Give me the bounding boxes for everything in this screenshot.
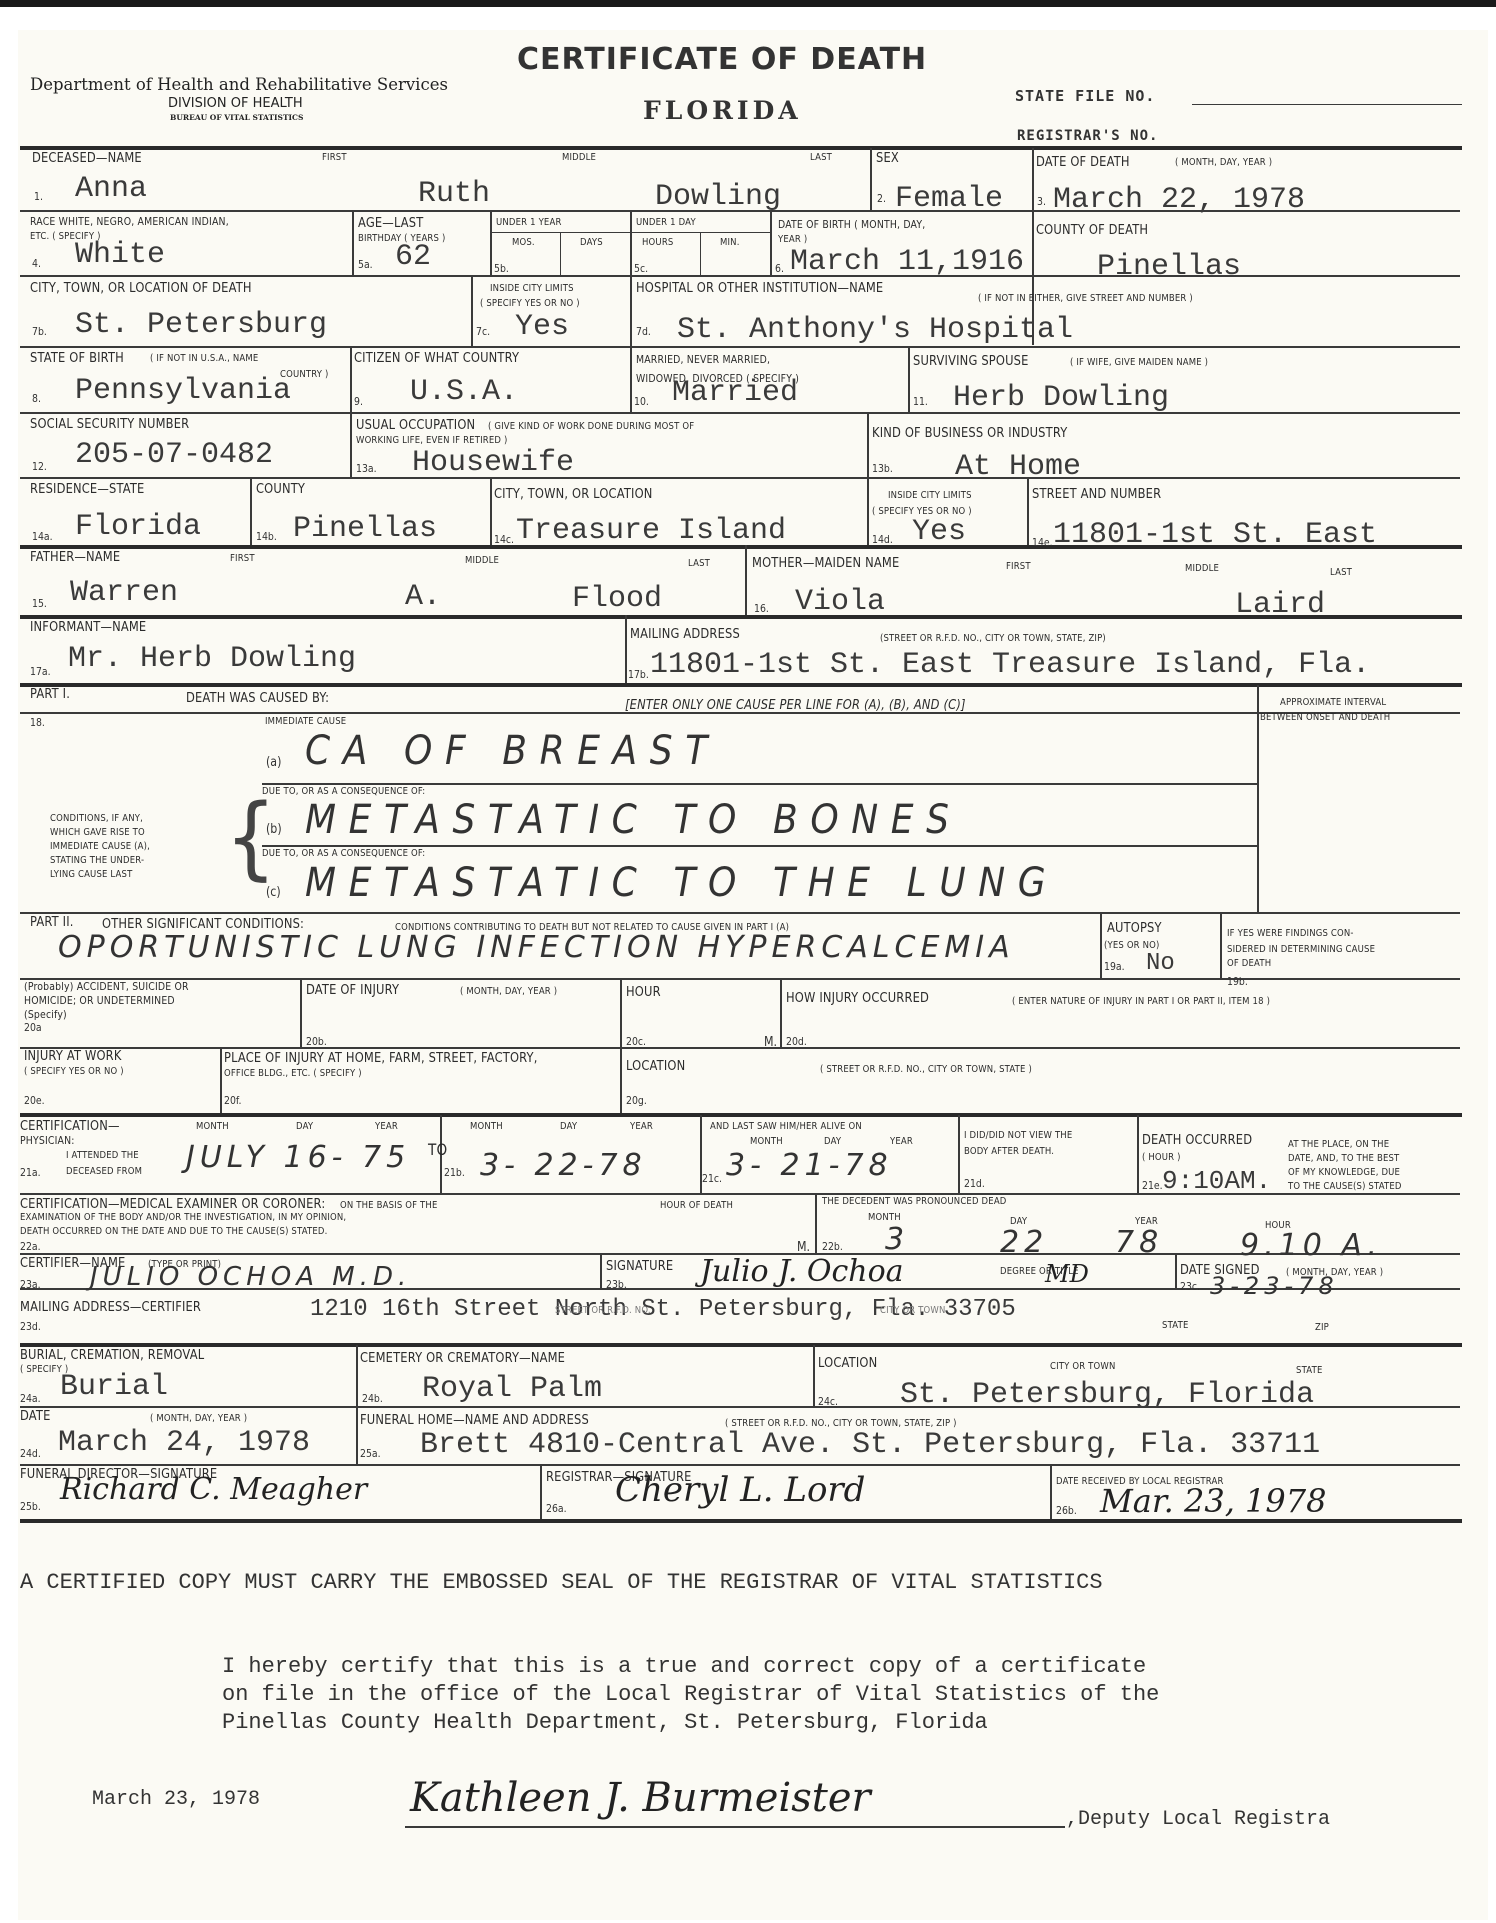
rule	[20, 912, 1460, 914]
rule	[770, 210, 772, 275]
label-date-injury: DATE OF INJURY	[306, 982, 399, 998]
item-number: 11.	[913, 395, 928, 408]
label-month: MONTH	[470, 1121, 503, 1132]
rule	[908, 346, 910, 412]
label-zip: ZIP	[1315, 1322, 1329, 1333]
item-number: 19a.	[1104, 960, 1125, 973]
label-attended: I ATTENDED THE	[66, 1150, 139, 1161]
label-marital: MARRIED, NEVER MARRIED,	[636, 353, 770, 366]
item-number: 1.	[34, 190, 43, 203]
label-day: DAY	[296, 1121, 313, 1132]
label-month: MONTH	[196, 1121, 229, 1132]
label-hint: ( HOUR )	[1142, 1152, 1181, 1163]
rule	[620, 978, 622, 1113]
pronounced-day-value: 22	[1000, 1225, 1048, 1260]
label-if-yes: IF YES WERE FINDINGS CON-	[1227, 928, 1354, 939]
marital-value: Married	[672, 376, 798, 410]
label-hint: ( GIVE KIND OF WORK DONE DURING MOST OF	[488, 421, 694, 432]
item-number: 16.	[754, 602, 769, 615]
rule	[20, 683, 1462, 687]
label-year: YEAR	[375, 1121, 398, 1132]
item-number: 10.	[634, 395, 649, 408]
rule	[492, 232, 770, 233]
rule	[262, 845, 1257, 847]
rule	[600, 1253, 602, 1288]
label-min: MIN.	[720, 237, 740, 248]
item-number: 23c.	[1180, 1280, 1200, 1293]
dob-value: March 11,1916	[790, 245, 1024, 279]
label-hour: HOUR	[626, 984, 661, 1000]
item-number: 3.	[1037, 195, 1046, 208]
label-mother: MOTHER—MAIDEN NAME	[752, 555, 899, 571]
cause-b-value: METASTATIC TO BONES	[305, 797, 962, 843]
item-number: 12.	[32, 460, 47, 473]
rule	[20, 1464, 1460, 1466]
rule	[1027, 477, 1029, 545]
cause-a-value: CA OF BREAST	[305, 728, 720, 774]
label-hint: ( SPECIFY YES OR NO )	[24, 1066, 124, 1077]
item-number: 7b.	[32, 325, 47, 338]
business-value: At Home	[955, 450, 1081, 484]
label-father: FATHER—NAME	[30, 549, 120, 565]
age-value: 62	[395, 240, 431, 274]
label-injury-work: INJURY AT WORK	[24, 1048, 122, 1064]
item-number: 20d.	[786, 1035, 807, 1048]
rule	[1050, 1466, 1052, 1519]
label-certification-physician: CERTIFICATION—	[20, 1118, 120, 1134]
item-number: 21a.	[20, 1166, 41, 1179]
brace-icon: {	[225, 785, 277, 890]
item-number: 14e.	[1032, 536, 1053, 549]
label-hint: ( MONTH, DAY, YEAR )	[1175, 157, 1272, 168]
label-hint: ( MONTH, DAY, YEAR )	[150, 1413, 247, 1424]
father-middle-value: A.	[405, 580, 441, 614]
rule	[540, 1466, 542, 1519]
certification-line: I hereby certify that this is a true and…	[222, 1653, 1159, 1681]
label-did-view: I DID/DID NOT VIEW THE	[964, 1130, 1072, 1141]
label-accident: HOMICIDE; OR UNDETERMINED	[24, 994, 175, 1007]
scan-edge	[0, 0, 1496, 7]
seal-notice: A CERTIFIED COPY MUST CARRY THE EMBOSSED…	[20, 1570, 1103, 1595]
item-number: 5b.	[494, 262, 509, 275]
label-month: MONTH	[750, 1136, 783, 1147]
item-number: (a)	[266, 755, 281, 770]
disposition-value: Burial	[60, 1370, 168, 1404]
label-day: DAY	[560, 1121, 577, 1132]
label-middle: MIDDLE	[1185, 563, 1219, 574]
label-middle: MIDDLE	[562, 152, 596, 163]
label-business: KIND OF BUSINESS OR INDUSTRY	[872, 425, 1067, 441]
label-dob-hint: YEAR )	[778, 234, 807, 245]
label-caused-by: DEATH WAS CAUSED BY:	[186, 690, 329, 706]
certification-date: March 23, 1978	[92, 1788, 260, 1811]
father-last-value: Flood	[572, 582, 662, 616]
label-first: FIRST	[1006, 561, 1031, 572]
label-cert-me: CERTIFICATION—MEDICAL EXAMINER OR CORONE…	[20, 1196, 325, 1212]
rule	[490, 210, 492, 275]
city-of-death-value: St. Petersburg	[75, 308, 327, 342]
bureau-name: BUREAU OF VITAL STATISTICS	[170, 113, 303, 122]
rule	[813, 1345, 815, 1406]
deceased-last-name: Dowling	[655, 180, 781, 214]
rule	[20, 412, 1460, 414]
certificate-title: CERTIFICATE OF DEATH	[517, 42, 927, 77]
rule	[20, 1113, 1462, 1117]
label-hour-of-death: HOUR OF DEATH	[660, 1200, 733, 1211]
item-number: 22b.	[822, 1240, 843, 1253]
label-state-of-birth: STATE OF BIRTH	[30, 350, 124, 366]
mailing-address-value: 11801-1st St. East Treasure Island, Fla.	[650, 648, 1370, 682]
label-inside-city-hint: ( SPECIFY YES OR NO )	[480, 298, 580, 309]
label-mailing-certifier: MAILING ADDRESS—CERTIFIER	[20, 1299, 201, 1315]
rule	[20, 1047, 1460, 1049]
cemetery-location-value: St. Petersburg, Florida	[900, 1378, 1314, 1412]
pronounced-month-value: 3	[885, 1222, 909, 1257]
label-cemetery: CEMETERY OR CREMATORY—NAME	[360, 1350, 565, 1366]
item-number: 20e.	[24, 1094, 45, 1107]
item-number: 14a.	[32, 530, 53, 543]
rule	[1175, 1253, 1177, 1288]
rule	[471, 275, 473, 346]
rule	[867, 412, 869, 545]
rule	[490, 477, 492, 545]
item-number: 21d.	[964, 1177, 985, 1190]
label-hours: HOURS	[642, 237, 673, 248]
label-ssn: SOCIAL SECURITY NUMBER	[30, 416, 189, 432]
item-number: 26a.	[546, 1502, 567, 1515]
label-signature: SIGNATURE	[606, 1258, 673, 1274]
label-middle: MIDDLE	[465, 555, 499, 566]
certification-line: on file in the office of the Local Regis…	[222, 1681, 1159, 1709]
inside-city-value: Yes	[515, 310, 569, 344]
label-under-1-day: UNDER 1 DAY	[636, 217, 696, 228]
mother-last-value: Laird	[1235, 588, 1325, 622]
father-first-value: Warren	[70, 576, 178, 610]
label-street-number: STREET AND NUMBER	[1032, 486, 1161, 502]
rule	[350, 346, 352, 477]
item-number: 7c.	[476, 325, 490, 338]
registrar-no-label: REGISTRAR'S NO.	[1017, 128, 1158, 144]
label-accident: (Probably) ACCIDENT, SUICIDE OR	[24, 980, 189, 993]
race-value: White	[75, 238, 165, 272]
item-number: 24c.	[818, 1395, 838, 1408]
rule	[1137, 1115, 1139, 1193]
rule	[870, 148, 872, 210]
label-burial: BURIAL, CREMATION, REMOVAL	[20, 1347, 204, 1363]
label-part-2: PART II.	[30, 914, 74, 930]
label-state: STATE	[1296, 1365, 1322, 1376]
label-residence-state: RESIDENCE—STATE	[30, 481, 144, 497]
rule	[20, 146, 1462, 150]
label-city-of-death: CITY, TOWN, OR LOCATION OF DEATH	[30, 280, 252, 296]
rule	[262, 783, 1257, 785]
label-pronounced: THE DECEDENT WAS PRONOUNCED DEAD	[822, 1196, 1007, 1207]
date-received-value: Mar. 23, 1978	[1100, 1482, 1326, 1520]
label-first: FIRST	[322, 152, 347, 163]
conditions-line: IMMEDIATE CAUSE (a),	[50, 840, 150, 854]
label-interval-hint: BETWEEN ONSET AND DEATH	[1260, 712, 1390, 723]
item-number: 17b.	[628, 668, 649, 681]
label-hint: EXAMINATION OF THE BODY AND/OR THE INVES…	[20, 1212, 346, 1223]
label-mailing-address: MAILING ADDRESS	[630, 626, 740, 642]
rule	[780, 978, 782, 1047]
item-number: 23a.	[20, 1278, 41, 1291]
item-number: 20f.	[224, 1094, 241, 1107]
pronounced-year-value: 78	[1115, 1225, 1163, 1260]
item-number: 23d.	[20, 1320, 41, 1333]
item-number: M.	[764, 1035, 777, 1050]
label-occupation: USUAL OCCUPATION	[356, 417, 475, 433]
division-name: DIVISION OF HEALTH	[168, 96, 303, 111]
certification-line: Pinellas County Health Department, St. P…	[222, 1709, 1159, 1737]
label-hospital-hint: ( IF NOT IN EITHER, GIVE STREET AND NUMB…	[978, 293, 1193, 304]
label-citizen: CITIZEN OF WHAT COUNTRY	[354, 350, 519, 366]
cemetery-value: Royal Palm	[422, 1372, 602, 1406]
label-dob: DATE OF BIRTH ( MONTH, DAY,	[778, 218, 925, 231]
rule	[1100, 912, 1102, 978]
label-last: LAST	[810, 152, 832, 163]
item-number: 21e.	[1142, 1179, 1163, 1192]
rule	[630, 275, 632, 412]
label-did-view: BODY AFTER DEATH.	[964, 1146, 1054, 1157]
label-hint: STREET OR R.F.D. NO.	[555, 1305, 651, 1316]
label-day: DAY	[824, 1136, 841, 1147]
label-location: LOCATION	[626, 1058, 685, 1074]
note-line: OF MY KNOWLEDGE, DUE	[1288, 1166, 1402, 1180]
rule	[20, 477, 1460, 479]
item-number: 17a.	[30, 665, 51, 678]
item-number: 25a.	[360, 1447, 381, 1460]
label-deceased-name: DECEASED—NAME	[32, 150, 142, 166]
item-number: 9.	[354, 395, 363, 408]
funeral-home-value: Brett 4810-Central Ave. St. Petersburg, …	[420, 1428, 1320, 1462]
label-hint: CITY OR TOWN	[880, 1305, 946, 1316]
rule	[958, 1115, 960, 1193]
burial-date-value: March 24, 1978	[58, 1426, 310, 1460]
conditions-line: WHICH GAVE RISE TO	[50, 826, 150, 840]
conditions-line: LYING CAUSE LAST	[50, 868, 150, 882]
label-sex: SEX	[876, 150, 899, 166]
item-number: 26b.	[1056, 1504, 1077, 1517]
item-number: 2.	[877, 192, 886, 205]
label-inside-city: INSIDE CITY LIMITS	[490, 283, 574, 294]
conditions-line: STATING THE UNDER-	[50, 854, 150, 868]
citizen-value: U.S.A.	[410, 375, 518, 409]
item-number: 13b.	[872, 462, 893, 475]
label-informant: INFORMANT—NAME	[30, 619, 146, 635]
label-date-of-death: DATE OF DEATH	[1036, 154, 1130, 170]
label-city-or-town: CITY OR TOWN	[1050, 1361, 1116, 1372]
label-spouse: SURVIVING SPOUSE	[913, 353, 1029, 369]
label-hint: ON THE BASIS OF THE	[340, 1200, 438, 1211]
rule	[300, 978, 302, 1047]
label-place-injury: PLACE OF INJURY AT HOME, FARM, STREET, F…	[224, 1050, 538, 1066]
department-name: Department of Health and Rehabilitative …	[30, 75, 448, 94]
label-days: DAYS	[580, 237, 603, 248]
label-to: TO	[428, 1140, 447, 1159]
item-number: 20a	[24, 1021, 42, 1034]
item-number: 14b.	[256, 530, 277, 543]
label-last-saw: AND LAST SAW HIM/HER ALIVE ON	[710, 1121, 862, 1132]
spouse-value: Herb Dowling	[953, 381, 1169, 415]
item-number: 20c.	[626, 1035, 646, 1048]
registrar-signature: Cheryl L. Lord	[615, 1470, 865, 1510]
deputy-title: ,Deputy Local Registra	[1066, 1808, 1330, 1831]
item-number: 5a.	[358, 258, 373, 271]
rule	[352, 210, 354, 275]
item-number: 19b.	[1227, 975, 1248, 988]
hospital-value: St. Anthony's Hospital	[677, 313, 1073, 347]
deceased-middle-name: Ruth	[418, 177, 490, 211]
label-hint: WORKING LIFE, EVEN IF RETIRED )	[356, 435, 507, 446]
state-of-birth-value: Pennsylvania	[75, 374, 291, 408]
residence-state-value: Florida	[75, 510, 201, 544]
item-number: 25b.	[20, 1500, 41, 1513]
label-hint: OFFICE BLDG., ETC. ( SPECIFY )	[224, 1068, 362, 1079]
rule	[1220, 912, 1222, 978]
rule	[700, 232, 701, 275]
label-if-yes: SIDERED IN DETERMINING CAUSE	[1227, 944, 1375, 955]
rule	[250, 477, 252, 545]
last-saw-value: 3- 21-78	[726, 1148, 893, 1183]
item-number: 21c.	[702, 1172, 722, 1185]
rule	[745, 545, 747, 615]
label-location: LOCATION	[818, 1355, 877, 1371]
label-physician: PHYSICIAN:	[20, 1134, 75, 1147]
item-number: 14d.	[872, 533, 893, 546]
label-immediate-cause: IMMEDIATE CAUSE	[265, 716, 346, 727]
item-number: 7d.	[636, 325, 651, 338]
label-last: LAST	[688, 558, 710, 569]
rule	[625, 615, 627, 683]
item-number: 21b.	[444, 1166, 465, 1179]
label-accident: (Specify)	[24, 1008, 67, 1021]
residence-county-value: Pinellas	[293, 512, 437, 546]
label-interval: APPROXIMATE INTERVAL	[1280, 697, 1386, 708]
certification-statement: I hereby certify that this is a true and…	[222, 1653, 1159, 1737]
state-file-label: STATE FILE NO.	[1015, 87, 1155, 105]
funeral-director-signature: Richard C. Meagher	[60, 1472, 367, 1507]
note-line: TO THE CAUSE(S) STATED	[1288, 1180, 1402, 1194]
label-how-injury: HOW INJURY OCCURRED	[786, 990, 929, 1006]
pronounced-hour-value: 9.10 A.	[1240, 1228, 1382, 1263]
item-number: 4.	[32, 257, 41, 270]
date-of-death-value: March 22, 1978	[1053, 183, 1305, 217]
label-funeral-home: FUNERAL HOME—NAME AND ADDRESS	[360, 1412, 589, 1428]
item-number: 22a.	[20, 1240, 41, 1253]
label-hint: ( IF WIFE, GIVE MAIDEN NAME )	[1070, 357, 1208, 368]
rule	[560, 232, 561, 275]
informant-value: Mr. Herb Dowling	[68, 642, 356, 676]
item-number: 23b.	[606, 1278, 627, 1291]
residence-inside-city-value: Yes	[912, 515, 966, 549]
label-hospital: HOSPITAL OR OTHER INSTITUTION—NAME	[636, 280, 883, 296]
certifier-signature: Julio J. Ochoa	[700, 1254, 904, 1289]
date-signed-value: 3-23-78	[1210, 1272, 1339, 1300]
attended-to-value: 3- 22-78	[480, 1148, 647, 1183]
label-year: YEAR	[890, 1136, 913, 1147]
rule	[220, 1047, 222, 1113]
residence-city-value: Treasure Island	[516, 514, 786, 548]
signature-line	[405, 1826, 1065, 1828]
label-age: AGE—LAST	[358, 215, 423, 231]
item-number: 24b.	[362, 1392, 383, 1405]
item-number: 15.	[32, 597, 47, 610]
state-title: FLORIDA	[643, 96, 802, 125]
label-county-of-death: COUNTY OF DEATH	[1036, 222, 1148, 238]
certifier-name-value: JULIO OCHOA M.D.	[90, 1262, 411, 1292]
label-part-1: PART I.	[30, 686, 70, 702]
item-number: 5c.	[634, 262, 648, 275]
label-death-occurred: DEATH OCCURRED	[1142, 1132, 1252, 1148]
label-under-1-year: UNDER 1 YEAR	[496, 217, 562, 228]
note-line: DATE, AND, TO THE BEST	[1288, 1152, 1402, 1166]
item-number: 6.	[775, 262, 784, 275]
deceased-first-name: Anna	[75, 172, 147, 206]
county-of-death-value: Pinellas	[1097, 250, 1241, 284]
label-due-to: DUE TO, OR AS A CONSEQUENCE OF:	[262, 848, 425, 859]
item-number: 8.	[32, 392, 41, 405]
label-residence-city: CITY, TOWN, OR LOCATION	[494, 486, 653, 502]
item-number: 20b.	[306, 1035, 327, 1048]
rule	[1257, 685, 1259, 912]
label-hint: DEATH OCCURRED ON THE DATE AND DUE TO TH…	[20, 1226, 328, 1237]
autopsy-value: No	[1146, 950, 1175, 977]
item-number: 24d.	[20, 1447, 41, 1460]
residence-street-value: 11801-1st St. East	[1053, 518, 1377, 552]
label-hint: ( ENTER NATURE OF INJURY IN PART I OR PA…	[1012, 996, 1270, 1007]
cause-c-value: METASTATIC TO THE LUNG	[305, 860, 1058, 906]
item-number: 13a.	[356, 462, 377, 475]
label-state: STATE	[1162, 1320, 1188, 1331]
label-hint: (STREET OR R.F.D. NO., CITY OR TOWN, STA…	[880, 633, 1106, 644]
mother-first-value: Viola	[795, 585, 885, 619]
item-number: 20g.	[626, 1094, 647, 1107]
label-attended: DECEASED FROM	[66, 1166, 142, 1177]
label-one-cause: [ENTER ONLY ONE CAUSE PER LINE FOR (a), …	[625, 697, 966, 713]
label-year: YEAR	[630, 1121, 653, 1132]
label-residence-county: COUNTY	[256, 481, 305, 497]
conditions-line: CONDITIONS, IF ANY,	[50, 812, 150, 826]
note-line: AT THE PLACE, ON THE	[1288, 1138, 1402, 1152]
rule	[20, 1343, 1462, 1347]
deputy-signature: Kathleen J. Burmeister	[410, 1775, 871, 1821]
label-date: DATE	[20, 1408, 51, 1424]
label-due-to: DUE TO, OR AS A CONSEQUENCE OF:	[262, 786, 425, 797]
label-first: FIRST	[230, 553, 255, 564]
death-hour-value: 9:10AM.	[1162, 1166, 1271, 1196]
ssn-value: 205-07-0482	[75, 438, 273, 472]
degree-value: MD	[1045, 1260, 1089, 1288]
rule	[815, 1193, 817, 1253]
label-race: RACE WHITE, NEGRO, AMERICAN INDIAN,	[30, 215, 229, 228]
item-number: 18.	[30, 716, 45, 729]
label-hint: ( STREET OR R.F.D. NO., CITY OR TOWN, ST…	[820, 1064, 1032, 1075]
death-occurred-note: AT THE PLACE, ON THE DATE, AND, TO THE B…	[1288, 1138, 1422, 1194]
rule	[630, 210, 632, 275]
conditions-note: CONDITIONS, IF ANY, WHICH GAVE RISE TO I…	[50, 812, 168, 882]
sex-value: Female	[895, 182, 1003, 216]
state-file-line	[1192, 104, 1462, 105]
other-conditions-value: OPORTUNISTIC LUNG INFECTION HYPERCALCEMI…	[58, 930, 1015, 965]
attended-from-value: JULY 16- 75	[186, 1140, 410, 1175]
item-number: M.	[797, 1240, 810, 1255]
label-hint: ( IF NOT IN U.S.A., NAME	[150, 353, 258, 364]
label-mos: MOS.	[512, 237, 535, 248]
label-inside-city: INSIDE CITY LIMITS	[888, 490, 972, 501]
label-if-yes: OF DEATH	[1227, 958, 1271, 969]
rule	[356, 1345, 358, 1464]
